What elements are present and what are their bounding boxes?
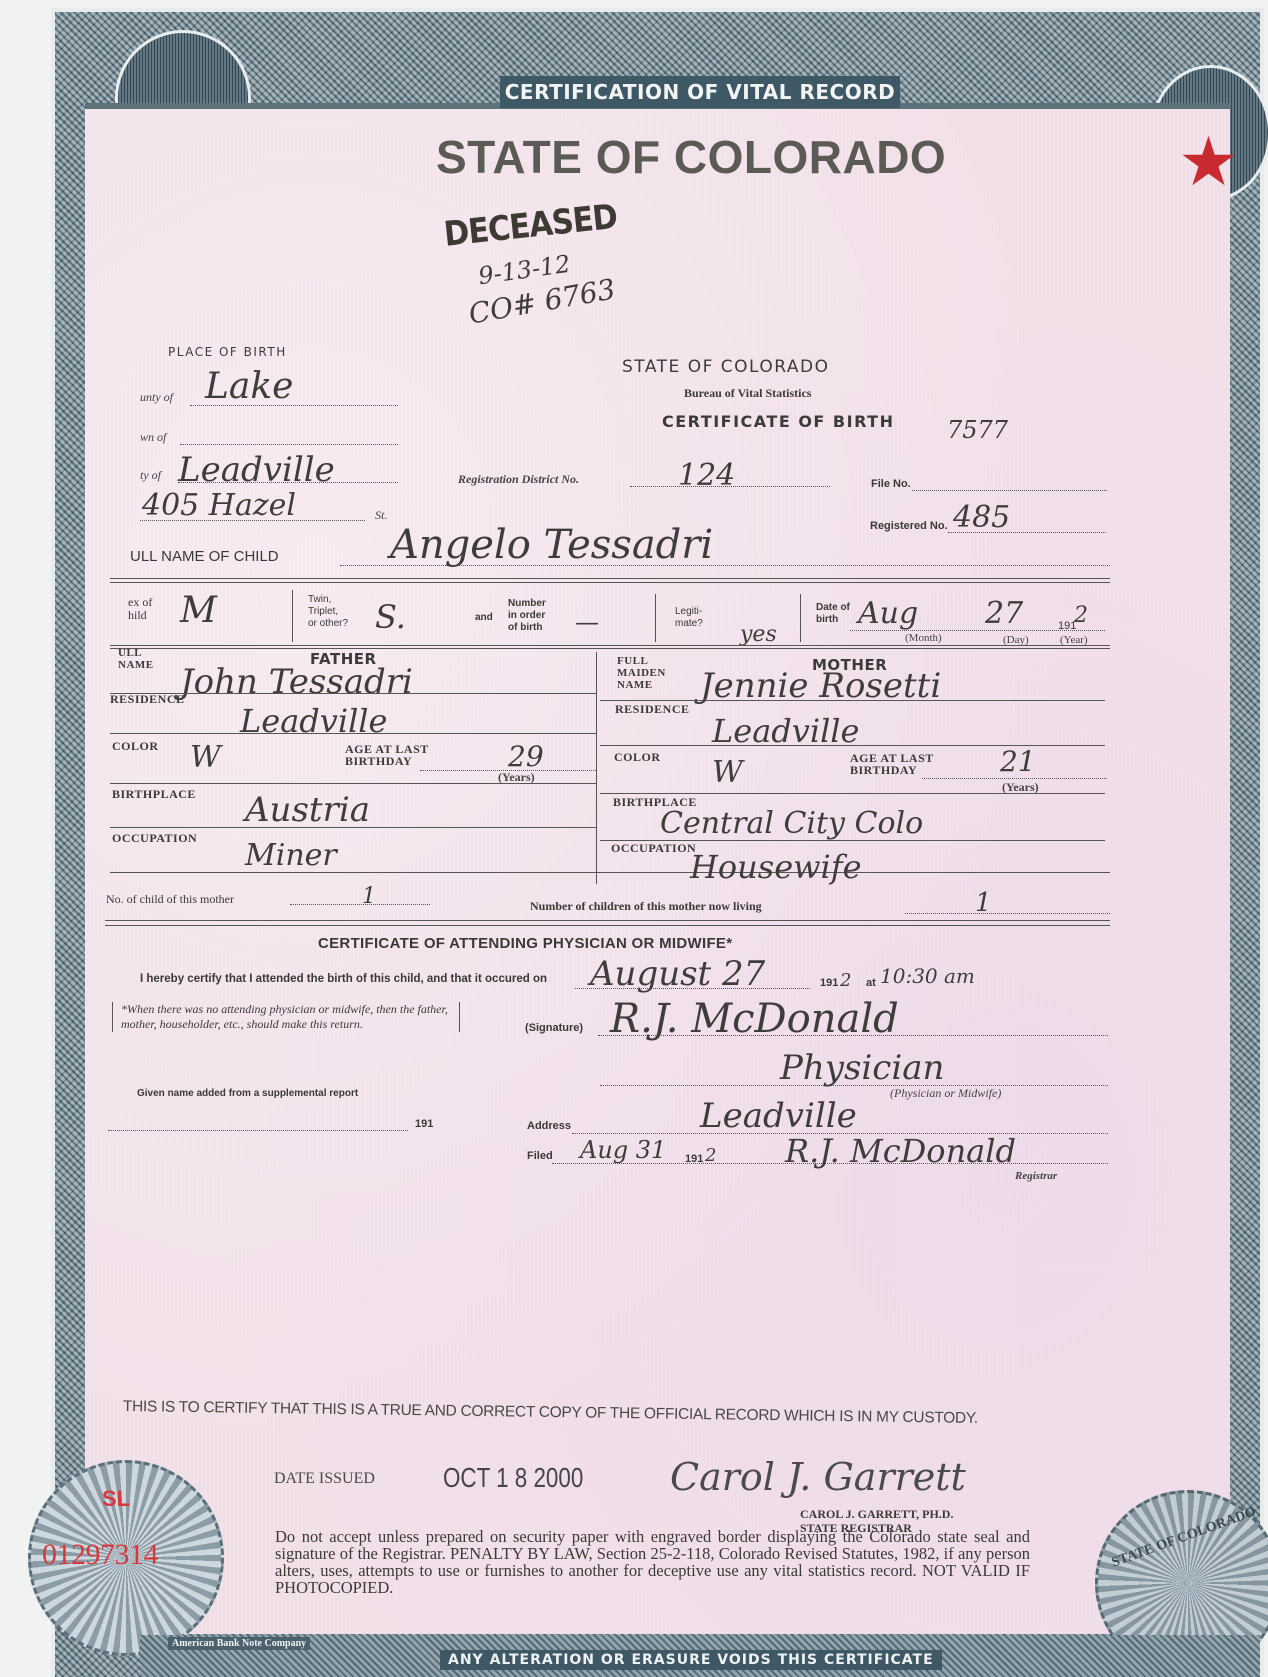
child-name-value: Angelo Tessadri bbox=[390, 522, 713, 568]
given-name-line bbox=[108, 1130, 408, 1131]
dob-month: Aug bbox=[858, 596, 918, 631]
street-suffix: St. bbox=[375, 508, 387, 523]
serial-prefix: SL bbox=[102, 1486, 130, 1512]
physician-signature: R.J. McDonald bbox=[610, 996, 899, 1042]
mother-age-label: AGE AT LAST BIRTHDAY bbox=[850, 752, 934, 776]
divider bbox=[110, 872, 1110, 873]
state-registrar-signature: Carol J. Garrett bbox=[670, 1455, 966, 1499]
divider bbox=[600, 793, 1105, 794]
divider bbox=[292, 590, 293, 642]
children-living-line bbox=[905, 913, 1110, 914]
father-occupation-label: OCCUPATION bbox=[112, 831, 197, 846]
children-living-label: Number of children of this mother now li… bbox=[530, 899, 762, 914]
filed-year-prefix: 191 bbox=[685, 1153, 703, 1165]
father-age-value: 29 bbox=[508, 740, 544, 773]
father-birthplace-value: Austria bbox=[245, 790, 370, 830]
divider bbox=[110, 733, 596, 734]
divider bbox=[110, 783, 596, 784]
dob-day: 27 bbox=[985, 596, 1023, 631]
child-number-label: No. of child of this mother bbox=[106, 892, 234, 907]
father-age-label: AGE AT LAST BIRTHDAY bbox=[345, 743, 429, 767]
printer-label: American Bank Note Company bbox=[168, 1637, 310, 1650]
twin-label: Twin, Triplet, or other? bbox=[308, 594, 348, 630]
filed-year-suffix: 2 bbox=[705, 1145, 716, 1166]
physician-year-prefix: 191 bbox=[820, 977, 838, 989]
district-label: Registration District No. bbox=[458, 472, 579, 487]
mother-age-line bbox=[922, 778, 1107, 779]
physician-time-value: 10:30 am bbox=[880, 964, 975, 988]
legit-value: yes bbox=[740, 622, 777, 647]
county-label: unty of bbox=[140, 390, 173, 405]
sex-value: M bbox=[180, 590, 217, 631]
father-occupation-value: Miner bbox=[245, 838, 337, 873]
divider bbox=[800, 594, 801, 642]
divider bbox=[105, 925, 1110, 926]
month-caption: (Month) bbox=[905, 632, 942, 644]
page-title: STATE OF COLORADO bbox=[436, 130, 946, 184]
legit-label: Legiti- mate? bbox=[675, 606, 703, 630]
mother-occupation-label: OCCUPATION bbox=[611, 841, 696, 856]
file-line bbox=[912, 490, 1107, 491]
divider bbox=[110, 578, 1110, 579]
dob-label: Date of birth bbox=[816, 602, 850, 626]
street-value: 405 Hazel bbox=[142, 488, 296, 523]
given-name-year: 191 bbox=[415, 1118, 433, 1130]
and-label: and bbox=[475, 612, 493, 623]
father-name-value: John Tessadri bbox=[180, 662, 413, 702]
twin-value: S. bbox=[375, 598, 406, 636]
father-residence-value: Leadville bbox=[240, 702, 387, 740]
child-number-value: 1 bbox=[362, 884, 376, 909]
filed-label: Filed bbox=[527, 1150, 553, 1162]
certificate-number: 7577 bbox=[947, 416, 1008, 444]
file-label: File No. bbox=[871, 478, 911, 490]
registrar-caption: Registrar bbox=[1015, 1170, 1057, 1182]
divider bbox=[105, 920, 1110, 921]
filed-date: Aug 31 bbox=[580, 1136, 666, 1164]
divider bbox=[110, 582, 1110, 583]
physician-heading: CERTIFICATE OF ATTENDING PHYSICIAN OR MI… bbox=[318, 935, 732, 952]
order-value: — bbox=[575, 608, 599, 636]
town-line bbox=[180, 444, 398, 445]
mother-color-value: W bbox=[712, 755, 743, 790]
children-living-value: 1 bbox=[975, 888, 992, 918]
physician-certify-text: I hereby certify that I attended the bir… bbox=[140, 973, 547, 985]
mother-name-label: FULL MAIDEN NAME bbox=[617, 655, 666, 691]
sex-label: ex of hild bbox=[128, 596, 152, 622]
child-name-label: ULL NAME OF CHILD bbox=[130, 548, 279, 565]
county-value: Lake bbox=[205, 366, 294, 407]
alteration-warning: ANY ALTERATION OR ERASURE VOIDS THIS CER… bbox=[440, 1650, 942, 1670]
date-issued-label: DATE ISSUED bbox=[274, 1470, 375, 1488]
address-value: Leadville bbox=[700, 1096, 857, 1136]
father-birthplace-label: BIRTHPLACE bbox=[112, 787, 196, 802]
mother-color-label: COLOR bbox=[614, 750, 661, 765]
mother-birthplace-value: Central City Colo bbox=[660, 806, 923, 841]
registrar-signature: R.J. McDonald bbox=[785, 1132, 1016, 1170]
order-label: Number in order of birth bbox=[508, 598, 546, 634]
child-number-line bbox=[290, 904, 430, 905]
physician-title: Physician bbox=[780, 1048, 944, 1088]
divider bbox=[600, 700, 1105, 701]
father-color-value: W bbox=[190, 740, 221, 775]
mother-residence-label: RESIDENCE bbox=[615, 702, 690, 717]
given-name-label: Given name added from a supplemental rep… bbox=[137, 1088, 358, 1099]
city-label: ty of bbox=[140, 468, 161, 483]
father-residence-label: RESIDENCE bbox=[110, 692, 185, 707]
physician-footnote: *When there was no attending physician o… bbox=[112, 1002, 460, 1032]
district-value: 124 bbox=[678, 458, 735, 493]
father-name-label: ULL NAME bbox=[118, 647, 154, 671]
town-label: wn of bbox=[140, 430, 166, 445]
physician-title-caption: (Physician or Midwife) bbox=[890, 1086, 1001, 1101]
divider bbox=[110, 648, 1110, 649]
dob-year-suffix: 2 bbox=[1074, 603, 1088, 628]
date-issued-value: OCT 1 8 2000 bbox=[443, 1462, 583, 1494]
form-state: STATE OF COLORADO bbox=[622, 357, 829, 377]
mother-age-value: 21 bbox=[1000, 745, 1036, 778]
registered-value: 485 bbox=[953, 500, 1010, 535]
father-color-label: COLOR bbox=[112, 739, 159, 754]
divider bbox=[655, 594, 656, 642]
signature-label: (Signature) bbox=[525, 1022, 583, 1034]
city-value: Leadville bbox=[178, 450, 335, 490]
registered-label: Registered No. bbox=[870, 520, 948, 532]
banner-title: CERTIFICATION OF VITAL RECORD bbox=[500, 76, 900, 108]
physician-at-label: at bbox=[866, 977, 876, 989]
registrar-name: CAROL J. GARRETT, PH.D. bbox=[800, 1507, 953, 1522]
form-bureau: Bureau of Vital Statistics bbox=[684, 386, 811, 401]
serial-number: 01297314 bbox=[42, 1538, 158, 1572]
divider bbox=[110, 645, 1110, 646]
form-title: CERTIFICATE OF BIRTH bbox=[662, 412, 894, 431]
red-star-icon: ★ bbox=[1178, 128, 1239, 196]
legal-disclaimer: Do not accept unless prepared on securit… bbox=[275, 1528, 1030, 1596]
mother-occupation-value: Housewife bbox=[690, 848, 862, 886]
column-divider bbox=[596, 652, 597, 884]
place-of-birth-heading: PLACE OF BIRTH bbox=[168, 345, 287, 359]
divider bbox=[110, 827, 596, 828]
address-label: Address bbox=[527, 1120, 571, 1132]
physician-year-suffix: 2 bbox=[840, 970, 851, 991]
physician-date-value: August 27 bbox=[590, 954, 765, 994]
